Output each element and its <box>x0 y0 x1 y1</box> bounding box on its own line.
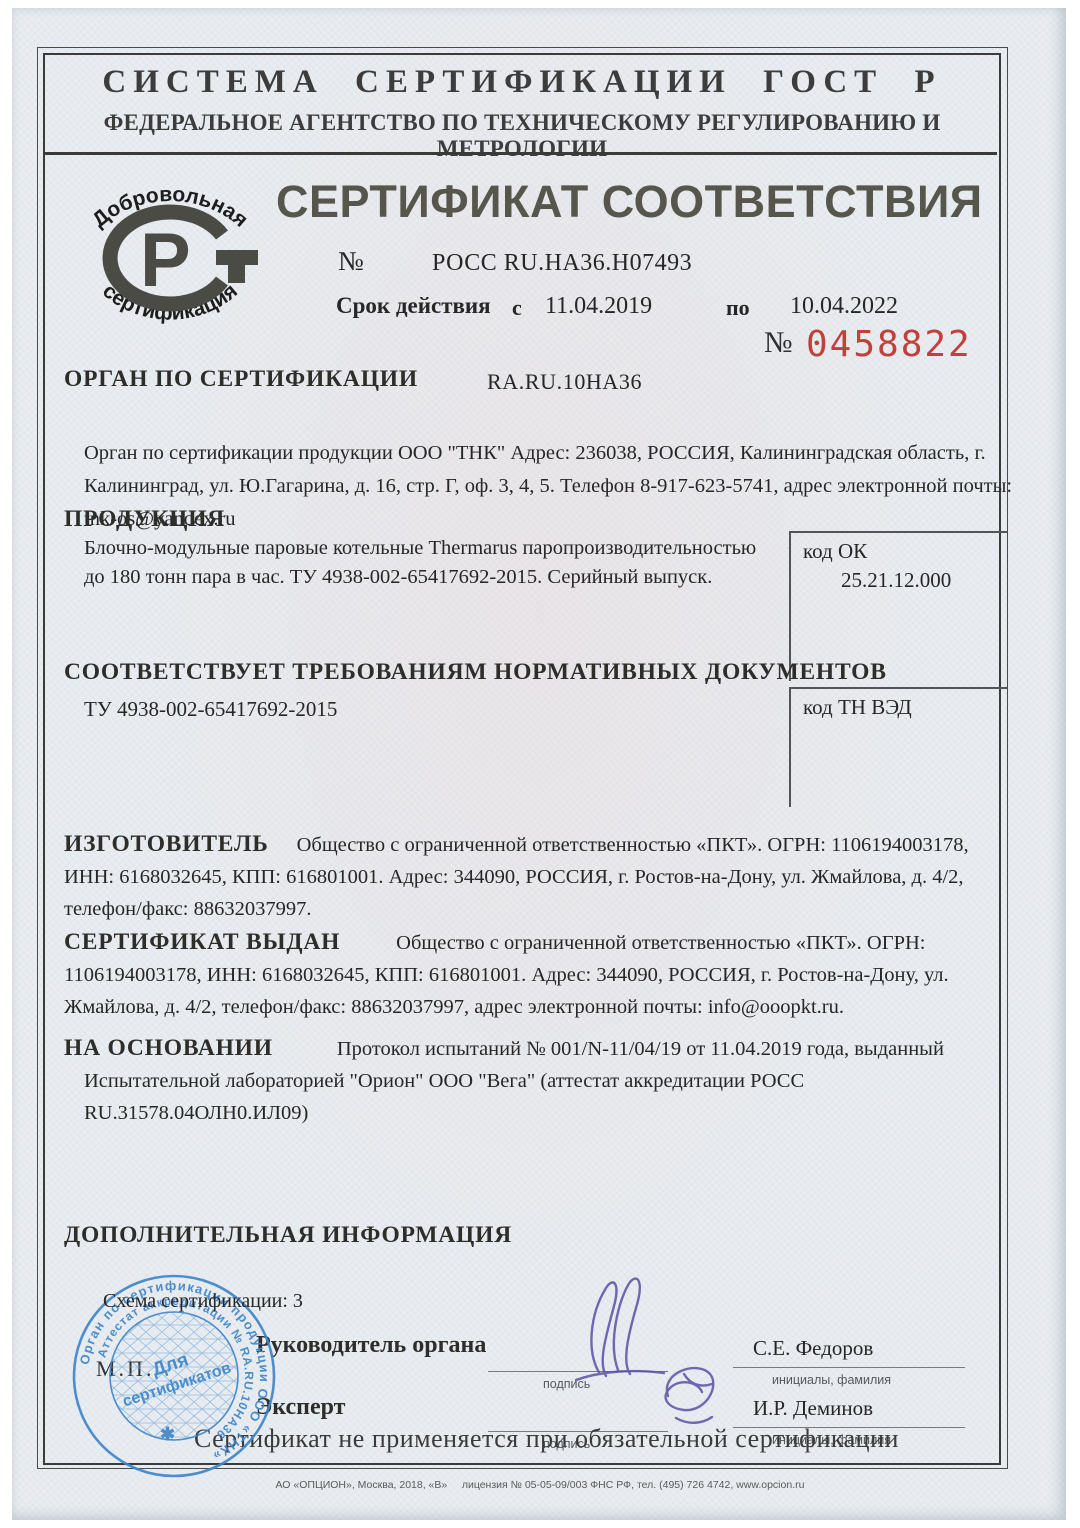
validity-from-date: 11.04.2019 <box>545 293 652 320</box>
certification-body-reg-number: RA.RU.10НА36 <box>487 369 642 395</box>
tnved-code-box: код ТН ВЭД <box>789 687 1007 807</box>
header: СИСТЕМА СЕРТИФИКАЦИИ ГОСТ Р ФЕДЕРАЛЬНОЕ … <box>44 64 1000 162</box>
manufacturer-heading: ИЗГОТОВИТЕЛЬ <box>64 831 269 857</box>
ok-code-value: 25.21.12.000 <box>841 568 1007 593</box>
issued-to-section: СЕРТИФИКАТ ВЫДАНОбщество с ограниченной … <box>64 926 1008 1023</box>
validity-to-label: по <box>726 295 750 321</box>
logo-letter-t-stem <box>228 250 245 283</box>
expert-name: И.Р. Деминов <box>753 1396 873 1421</box>
validity-to-date: 10.04.2022 <box>790 293 898 320</box>
head-name-caption: инициалы, фамилия <box>772 1373 891 1387</box>
head-name-line <box>733 1367 965 1368</box>
rst-logo: Добровольная сертификация Р <box>70 170 270 342</box>
certificate-number-label: № <box>338 246 364 277</box>
additional-info-heading: ДОПОЛНИТЕЛЬНАЯ ИНФОРМАЦИЯ <box>64 1222 512 1249</box>
logo-letter-p: Р <box>140 218 191 303</box>
manufacturer-section: ИЗГОТОВИТЕЛЬОбщество с ограниченной отве… <box>64 828 1008 925</box>
tnved-code-label: код ТН ВЭД <box>791 689 1007 720</box>
blank-number-label: № <box>764 326 793 360</box>
certificate-number: РОСС RU.НА36.Н07493 <box>432 250 692 277</box>
basis-heading: НА ОСНОВАНИИ <box>64 1035 273 1061</box>
validity-from-label: с <box>512 295 522 321</box>
certificate-page: СИСТЕМА СЕРТИФИКАЦИИ ГОСТ Р ФЕДЕРАЛЬНОЕ … <box>0 0 1080 1528</box>
document-title: СЕРТИФИКАТ СООТВЕТСТВИЯ <box>276 176 983 228</box>
compliance-standard: ТУ 4938-002-65417692-2015 <box>84 697 337 722</box>
certification-body-heading: ОРГАН ПО СЕРТИФИКАЦИИ <box>64 366 418 393</box>
product-description: Блочно-модульные паровые котельные Therm… <box>84 534 760 592</box>
head-name: С.Е. Федоров <box>753 1336 873 1361</box>
certification-scheme: Схема сертификации: 3 <box>103 1290 303 1313</box>
header-divider <box>45 152 997 155</box>
certification-stamp: Орган по сертификации продукции ООО «ТНК… <box>34 1248 314 1510</box>
blank-number: 0458822 <box>806 324 972 365</box>
basis-section: НА ОСНОВАНИИПротокол испытаний № 001/N-1… <box>84 1032 1006 1129</box>
validity-label: Срок действия <box>336 293 491 319</box>
system-title: СИСТЕМА СЕРТИФИКАЦИИ ГОСТ Р <box>44 64 1000 101</box>
issued-to-heading: СЕРТИФИКАТ ВЫДАН <box>64 929 340 955</box>
compliance-heading: СООТВЕТСТВУЕТ ТРЕБОВАНИЯМ НОРМАТИВНЫХ ДО… <box>64 659 887 686</box>
ok-code-label: код ОК <box>791 533 1007 564</box>
stamp-star: ✱ <box>160 1424 175 1444</box>
expert-handwritten-signature <box>646 1358 746 1436</box>
product-heading: ПРОДУКЦИЯ <box>64 506 225 533</box>
